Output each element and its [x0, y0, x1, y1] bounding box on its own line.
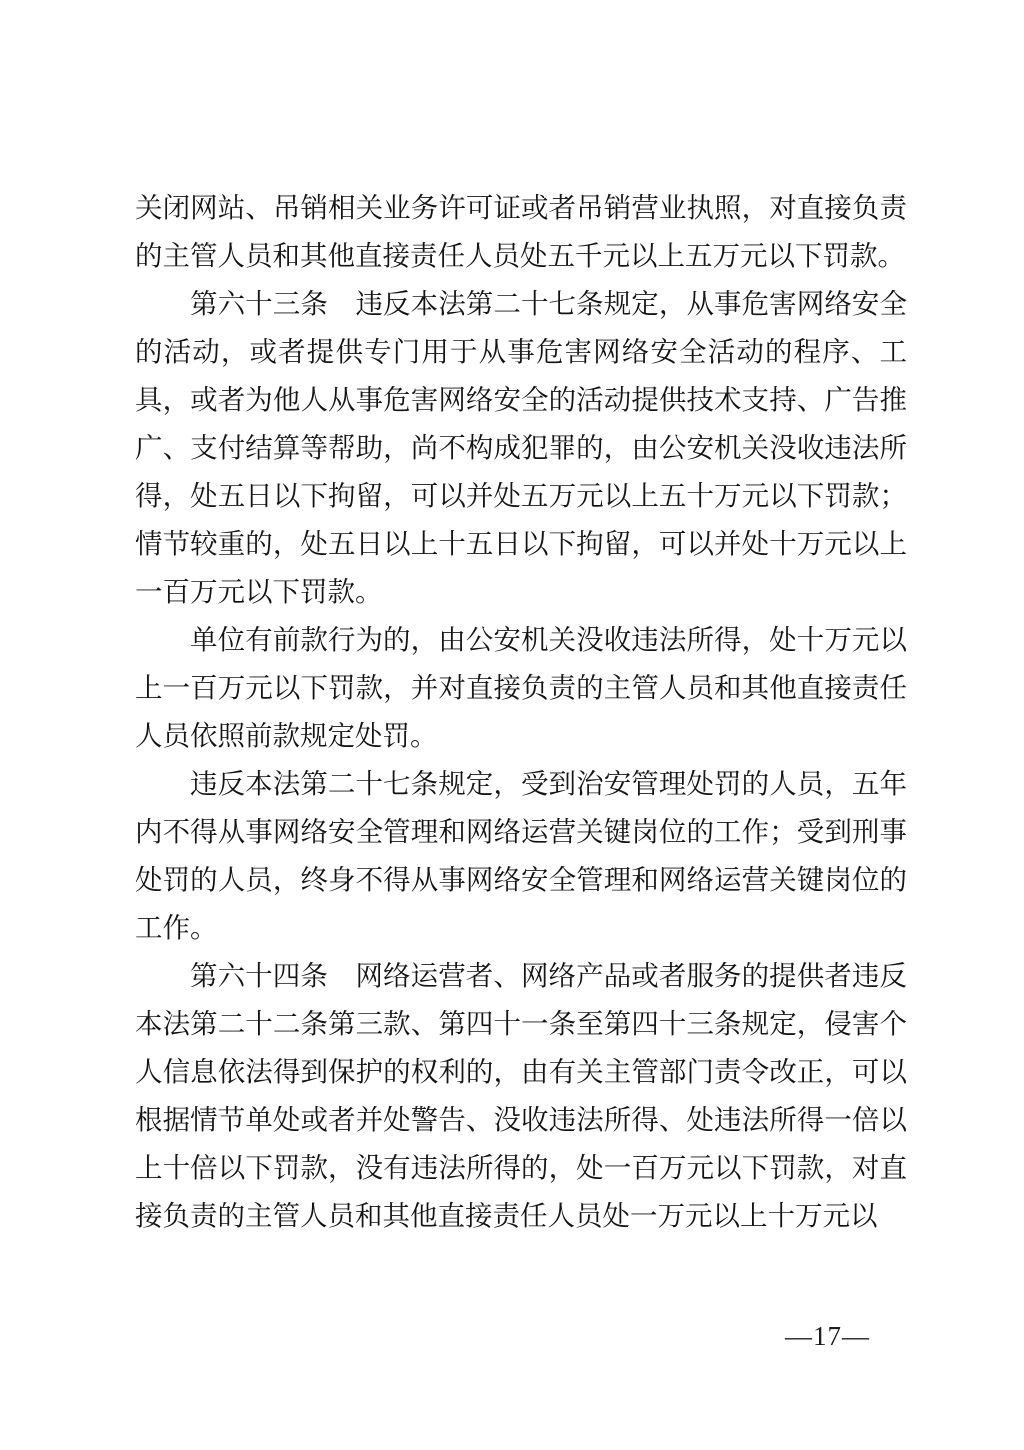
paragraph: 关闭网站、吊销相关业务许可证或者吊销营业执照，对直接负责的主管人员和其他直接责任…: [135, 184, 907, 280]
page-footer: —17—: [0, 1320, 870, 1352]
paragraph: 第六十三条 违反本法第二十七条规定，从事危害网络安全的活动，或者提供专门用于从事…: [135, 280, 907, 616]
document-page: 关闭网站、吊销相关业务许可证或者吊销营业执照，对直接负责的主管人员和其他直接责任…: [0, 0, 1024, 1450]
paragraph: 第六十四条 网络运营者、网络产品或者服务的提供者违反本法第二十二条第三款、第四十…: [135, 952, 907, 1240]
document-body: 关闭网站、吊销相关业务许可证或者吊销营业执照，对直接负责的主管人员和其他直接责任…: [135, 184, 907, 1240]
page-number: —17—: [785, 1321, 870, 1351]
paragraph: 单位有前款行为的，由公安机关没收违法所得，处十万元以上一百万元以下罚款，并对直接…: [135, 616, 907, 760]
paragraph: 违反本法第二十七条规定，受到治安管理处罚的人员，五年内不得从事网络安全管理和网络…: [135, 760, 907, 952]
